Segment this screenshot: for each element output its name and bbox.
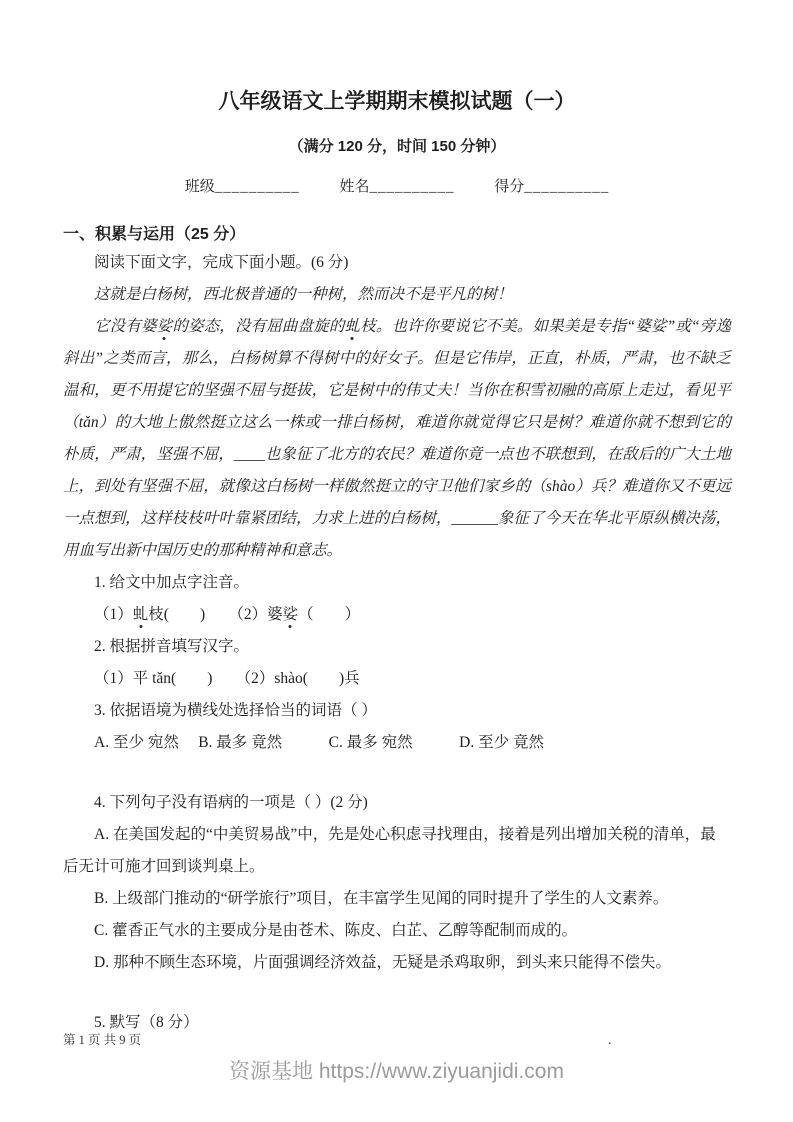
stray-dot-mark: . xyxy=(608,1033,612,1049)
passage-paragraph-1: 这就是白杨树，西北极普通的一种树，然而决不是平凡的树！ xyxy=(63,279,731,311)
score-blank-line: __________ xyxy=(524,179,609,195)
question-4-option-d: D. 那种不顾生态环境，片面强调经济效益，无疑是杀鸡取卵，到头来只能得不偿失。 xyxy=(63,947,731,979)
question-4-option-a: A. 在美国发起的“中美贸易战”中，先是处心积虑寻找理由，接着是列出增加关税的清… xyxy=(63,819,731,883)
question-3-options: A. 至少 宛然 B. 最多 竟然 C. 最多 宛然 D. 至少 竟然 xyxy=(63,727,731,759)
score-field: 得分__________ xyxy=(494,176,609,198)
name-blank-line: __________ xyxy=(370,179,455,195)
score-label: 得分 xyxy=(494,179,524,195)
exam-score-time-subtitle: （满分 120 分，时间 150 分钟） xyxy=(63,137,731,157)
page-number-footer: 第 1 页 共 9 页 xyxy=(63,1031,141,1049)
question-2-stem: 2. 根据拼音填写汉字。 xyxy=(63,631,731,663)
reading-intro: 阅读下面文字，完成下面小题。(6 分) xyxy=(63,247,731,279)
section-1-heading: 一、积累与运用（25 分） xyxy=(63,223,731,247)
emphasis-dot-char: 虬 xyxy=(345,318,361,335)
class-label: 班级 xyxy=(185,179,215,195)
question-3-stem: 3. 依据语境为横线处选择恰当的词语（ ） xyxy=(63,695,731,727)
section-1-body: 阅读下面文字，完成下面小题。(6 分) 这就是白杨树，西北极普通的一种树，然而决… xyxy=(63,247,731,1039)
page-content: 八年级语文上学期期末模拟试题（一） （满分 120 分，时间 150 分钟） 班… xyxy=(0,0,793,1039)
student-info-line: 班级__________ 姓名__________ 得分__________ xyxy=(63,176,731,198)
watermark-text: 资源基地 https://www.ziyuanjidi.com xyxy=(0,1058,793,1086)
question-2-blanks: （1）平 tǎn( ) （2）shào( )兵 xyxy=(63,663,731,695)
emphasis-dot-char: 娑 xyxy=(157,318,173,335)
name-label: 姓名 xyxy=(339,179,369,195)
class-field: 班级__________ xyxy=(185,176,300,198)
class-blank-line: __________ xyxy=(215,179,300,195)
question-4-option-b: B. 上级部门推动的“研学旅行”项目，在丰富学生见闻的同时提升了学生的人文素养。 xyxy=(63,883,731,915)
page-title: 八年级语文上学期期末模拟试题（一） xyxy=(63,88,731,116)
emphasis-dot-char: 虬 xyxy=(133,606,149,623)
question-4-option-c: C. 藿香正气水的主要成分是由苍术、陈皮、白芷、乙醇等配制而成的。 xyxy=(63,915,731,947)
question-4-stem: 4. 下列句子没有语病的一项是（ ）(2 分) xyxy=(63,787,731,819)
question-5-stem: 5. 默写（8 分） xyxy=(63,1007,731,1039)
passage-paragraph-2: 它没有婆娑的姿态，没有屈曲盘旋的虬枝。也许你要说它不美。如果美是专指“婆娑”或“… xyxy=(63,311,731,567)
exam-paper-page: 八年级语文上学期期末模拟试题（一） （满分 120 分，时间 150 分钟） 班… xyxy=(0,0,793,1122)
question-1-stem: 1. 给文中加点字注音。 xyxy=(63,567,731,599)
question-1-blanks: （1）虬枝( ) （2）婆娑（ ） xyxy=(63,599,731,631)
name-field: 姓名__________ xyxy=(339,176,454,198)
emphasis-dot-char: 娑 xyxy=(283,606,299,623)
